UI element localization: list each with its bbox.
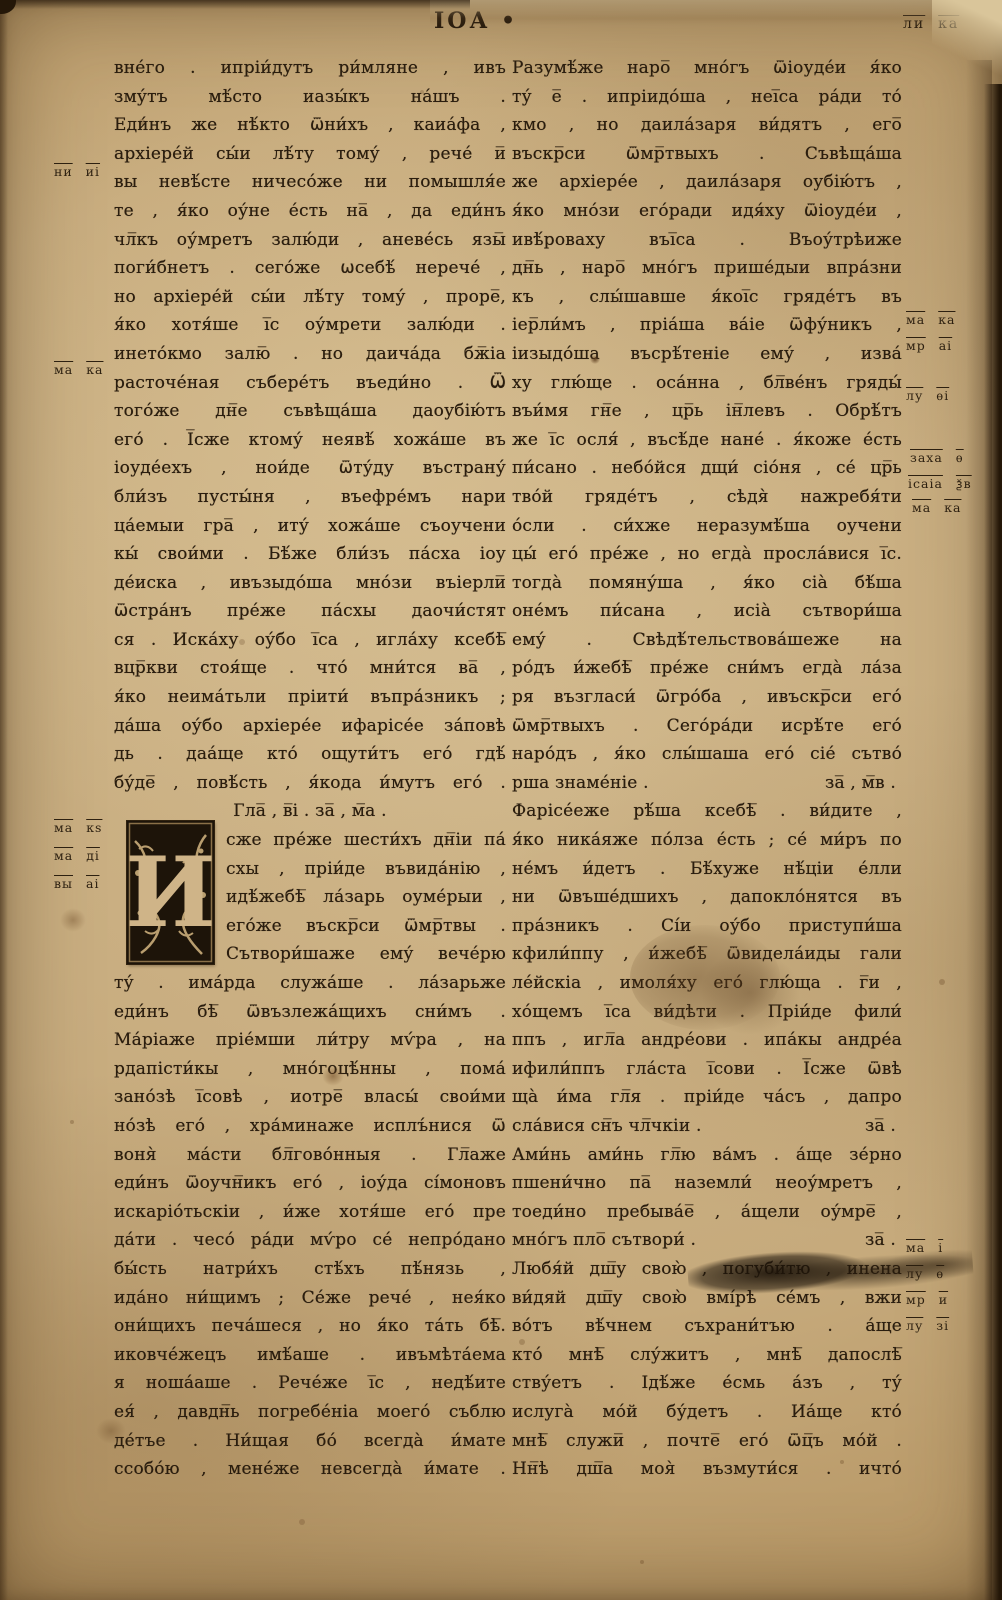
- adjacent-page-edge: [430, 0, 1002, 26]
- margin-reference: макѕ: [54, 820, 102, 835]
- text-line: инето́кмо залю̅ . но даича́да бж̅іа: [114, 340, 506, 369]
- text-line-left: сла́вися сн̅ъ чл̅чкіи .: [512, 1112, 702, 1141]
- text-line: ху глю́ще . оса́нна , бл̅ве́нъ гряды́: [512, 369, 902, 398]
- margin-ref-chapter: ѳ: [956, 450, 964, 465]
- text-line: мно́гъ пло̅ сътвори́ .за̅ .: [512, 1226, 902, 1255]
- margin-ref-chapter: і: [938, 1240, 943, 1255]
- margin-reference: маді: [54, 848, 100, 863]
- margin-reference: маі: [906, 1240, 943, 1255]
- margin-ref-chapter: кѕ: [86, 820, 102, 835]
- page-corner: [932, 0, 1002, 95]
- margin-ref-chapter: ка: [938, 312, 955, 327]
- text-line: вне́го . ипріи́дутъ ри́мляне , ивъ: [114, 54, 506, 83]
- left-edge-shadow: [0, 0, 8, 1600]
- margin-ref-chapter: аі: [86, 876, 99, 891]
- text-line: кфили́ппу , и́жебѣ̅ ѿвидела́иды гали: [512, 940, 902, 969]
- text-line: расточе́ная събере́тъ въеди́но . Ѿ: [114, 369, 506, 398]
- text-line: вы невѣ́сте ничесо́же ни помышля́е: [114, 168, 506, 197]
- text-line: ифили́ппъ гла́ста і̅сови . І̅сже ѿвѣ: [512, 1055, 902, 1084]
- text-line: пи́сано . небо́йся дщи́ сіо́ня , се́ цр̅…: [512, 454, 902, 483]
- margin-ref-chapter: иі: [86, 164, 100, 179]
- text-line: кто́ мнѣ̅ слу́житъ , мнѣ̅ дапослѣ̅: [512, 1341, 902, 1370]
- text-line: иковче́жецъ имѣ́аше . ивъмѣта́ема: [114, 1341, 506, 1370]
- margin-ref-chapter: ка: [86, 362, 103, 377]
- margin-reference: ісаіаѯв: [908, 476, 972, 491]
- margin-ref-chapter: ѳі: [936, 388, 949, 403]
- text-line: бы́сть натри́хъ стѣ́хъ пѣ́нязь ,: [114, 1255, 506, 1284]
- text-line: тогда̀ помяну́ша , я́ко сіа̀ бѣ́ша: [512, 569, 902, 598]
- text-line: не́мъ и́детъ . Бѣ́хуже нѣ́ціи е́лли: [512, 855, 902, 884]
- text-line: я́ко мно́зи его́ради идя́ху ѿіоуде́и ,: [512, 197, 902, 226]
- text-line: же і̅с осля́ , въсѣ́де нане́ . я́коже е́…: [512, 426, 902, 455]
- text-line: же архіере́е , даила́заря оубію́тъ ,: [512, 168, 902, 197]
- margin-ref-book: лу: [906, 1266, 923, 1281]
- text-line: Нн̅ѣ дш̅а моя̀ възмути́ся . ичто́: [512, 1455, 902, 1484]
- text-line: іоуде́ехъ , нои́де ѿту́ду въстрану́: [114, 454, 506, 483]
- margin-reference: выаі: [54, 876, 99, 891]
- text-line: Любя́й дш̅у свою̀ , погуби́тю , инена: [512, 1255, 902, 1284]
- text-line: цы́ его́ пре́же , но егда̀ просла́вися і…: [512, 540, 902, 569]
- margin-ref-book: вы: [54, 876, 73, 891]
- text-line: дн̅ь , наро̅ мно́гъ прише́дыи впра́зни: [512, 254, 902, 283]
- text-line: ро́дъ и́жебѣ̅ пре́же сни́мъ егда̀ ла́за: [512, 654, 902, 683]
- text-line: Разумѣ́же наро̅ мно́гъ ѿіоуде́и я́ко: [512, 54, 902, 83]
- text-line: ту́ . има́рда служа́ше . ла́зарьже: [114, 969, 506, 998]
- text-line: ѿмр̅твыхъ . Сего́ра́ди исрѣ́те его́: [512, 712, 902, 741]
- text-line: хо́щемъ і̅са ви́дѣти . Пріи́де фили́: [512, 998, 902, 1027]
- text-line: тоеди́но пребыва́е̅ , а́щели оу́мре̅ ,: [512, 1198, 902, 1227]
- text-line: дь . даа́ще кто́ ощути́тъ его́ гдѣ́: [114, 740, 506, 769]
- text-line: воня̀ ма́сти бл̅гово́нныя . Гл̅аже: [114, 1141, 506, 1170]
- text-line: ида́но ни́щимъ ; Се́же рече́ , нея́ко: [114, 1284, 506, 1313]
- text-line: еди́нъ ѿоучн̅икъ его́ , іоу́да сі́моновъ: [114, 1169, 506, 1198]
- margin-ref-book: ни: [54, 164, 73, 179]
- margin-ref-chapter: ѳ: [936, 1266, 944, 1281]
- text-line: вцр̅кви стоя́ще . что́ мни́тся ва̅ ,: [114, 654, 506, 683]
- margin-ref-book: ма: [906, 312, 925, 327]
- text-line: ни ѿвъше́дшихъ , дапокло́нятся въ: [512, 883, 902, 912]
- text-column-left: вне́го . ипріи́дутъ ри́мляне , ивъзму́тъ…: [114, 54, 506, 1484]
- text-line: Еди́нъ же нѣ́кто ѿни́хъ , каиа́фа ,: [114, 111, 506, 140]
- margin-reference: захаѳ: [910, 450, 964, 465]
- text-line: кы́ свои́ми . Бѣ́же бли́зъ па́сха іоу: [114, 540, 506, 569]
- text-line: бли́зъ пусты́ня , въефре́мъ нари: [114, 483, 506, 512]
- text-line: Ами́нь ами́нь гл̅ю ва́мъ . а́ще зе́рно: [512, 1141, 902, 1170]
- text-line: да́ша оу́бо архіере́е ифарісе́е за́повѣ: [114, 712, 506, 741]
- text-line-left: мно́гъ пло̅ сътвори́ .: [512, 1226, 696, 1255]
- text-line: сла́вися сн̅ъ чл̅чкіи .за̅ .: [512, 1112, 902, 1141]
- text-line: ппъ , игл̅а андре́ови . ипа́кы андре́а: [512, 1026, 902, 1055]
- margin-ref-book: мр: [906, 1292, 926, 1307]
- text-line: бу́де̅ , повѣ́сть , я́кода и́мутъ его́ .: [114, 769, 506, 798]
- text-line: ивѣ́роваху въі̅са . Въоу́трѣиже: [512, 226, 902, 255]
- text-line: ся . Иска́ху оу́бо і̅са , игла́ху ксебѣ̅: [114, 626, 506, 655]
- text-line: чл̅къ оу́мретъ залю́ди , аневе́сь язы̅: [114, 226, 506, 255]
- margin-ref-chapter: зі: [936, 1318, 949, 1333]
- text-line: но архіере́й сы́и лѣ́ту тому́ , проре̅,: [114, 283, 506, 312]
- text-line: но́зѣ его́ , хра́минаже исплъ́нися ѿ: [114, 1112, 506, 1141]
- text-line: архіере́й сы́и лѣ́ту тому́ , рече́ и̅: [114, 140, 506, 169]
- margin-ref-book: ма: [912, 500, 931, 515]
- margin-reference: мраі: [906, 338, 952, 353]
- text-line: оне́мъ пи́сана , исіа̀ сътвори́ша: [512, 597, 902, 626]
- text-line: іер̅ли́мъ , пріа́ша ва́іе ѿфу́никъ ,: [512, 311, 902, 340]
- text-line: кмо , но даила́заря ви́дятъ , его̅: [512, 111, 902, 140]
- text-line: те , я́ко оу́не е́сть на̅ , да еди́нъ: [114, 197, 506, 226]
- margin-ref-book: лу: [906, 1318, 923, 1333]
- text-line: о́сли . си́хже неразумѣ́ша оучени: [512, 512, 902, 541]
- text-line: де́иска , ивъзыдо́ша мно́зи въіерли̅: [114, 569, 506, 598]
- text-line: въи́мя гн̅е , цр̅ь ін̅левъ . Обрѣ́тъ: [512, 397, 902, 426]
- manuscript-page: ІОА • ли ка вне́го . ипріи́дутъ ри́мляне…: [0, 0, 1002, 1600]
- margin-ref-book: ма: [54, 820, 73, 835]
- text-line: рша знаме́ніе .за̅ , м̅в .: [512, 769, 902, 798]
- binding-edge: [984, 84, 1002, 1600]
- margin-ref-book: ісаіа: [908, 476, 943, 491]
- text-line: іизыдо́ша въсрѣ́теніе ему́ , изва́: [512, 340, 902, 369]
- text-line: де́тъе . Ни́щая бо́ всегда̀ и́мате: [114, 1427, 506, 1456]
- zachalo-marker: за̅ .: [865, 1226, 902, 1255]
- text-line: я́ко ника́яже по́лза е́сть ; се́ ми́ръ п…: [512, 826, 902, 855]
- margin-ref-book: ма: [54, 362, 73, 377]
- text-line: наро́дъ , я́ко слы́шаша его́ сіе́ сътво́: [512, 740, 902, 769]
- text-line: Фарісе́еже рѣ́ша ксебѣ̅ . ви́дите ,: [512, 797, 902, 826]
- text-line: ца́емыи гра̅ , иту́ хожа́ше съоучени: [114, 512, 506, 541]
- text-line: рдапісти́кы , мно́гоцѣ́нны , пома́: [114, 1055, 506, 1084]
- margin-ref-book: заха: [910, 450, 943, 465]
- margin-reference: мри: [906, 1292, 948, 1307]
- text-line: зму́тъ мѣ́сто иазы́къ на́шъ .: [114, 83, 506, 112]
- text-line: зано́зѣ і̅совѣ , иотре̅ власы́ свои́ми: [114, 1083, 506, 1112]
- text-line: мнѣ̅ служи̅ , почте̅ его́ ѿц̅ъ мо́й .: [512, 1427, 902, 1456]
- text-line: ща̀ и́ма гл̅я . пріи́де ча́съ , дапро: [512, 1083, 902, 1112]
- text-line: въскр̅си ѿмр̅твыхъ . Съвѣща́ша: [512, 140, 902, 169]
- text-line: они́щихъ печа́шеся , но я́ко та́ть бѣ̅.: [114, 1312, 506, 1341]
- text-column-right: Разумѣ́же наро̅ мно́гъ ѿіоуде́и я́коту́ …: [512, 54, 902, 1484]
- text-line: того́же дн̅е съвѣща́ша даоубію́тъ: [114, 397, 506, 426]
- top-edge-shadow: [0, 0, 470, 9]
- text-line: пра́зникъ . Сі́и оу́бо приступи́ша: [512, 912, 902, 941]
- paper-spot: [60, 908, 86, 932]
- text-line: Ма́ріаже пріе́мши ли́тру мѵ́ра , на: [114, 1026, 506, 1055]
- margin-ref-chapter: ка: [944, 500, 961, 515]
- margin-ref-chapter: и: [939, 1292, 948, 1307]
- text-line: я́ко хотя́ше і̅с оу́мрети залю́ди .: [114, 311, 506, 340]
- zachalo-marker: за̅ .: [865, 1112, 902, 1141]
- text-line: ислуга̀ мо́й бу́детъ . Иа́ще кто́: [512, 1398, 902, 1427]
- margin-ref-book: ма: [54, 848, 73, 863]
- margin-reference: мака: [54, 362, 103, 377]
- text-line-left: рша знаме́ніе .: [512, 769, 649, 798]
- text-line: ви́дяй дш̅у свою̀ вмі́рѣ се́мъ , вжи: [512, 1284, 902, 1313]
- ornate-initial-block: И: [127, 821, 214, 964]
- margin-reference: лузі: [906, 1318, 949, 1333]
- text-line: его́ . І̅сже ктому́ неявѣ́ хожа́ше въ: [114, 426, 506, 455]
- text-line: ря възгласи́ ѿгро́ба , ивъскр̅си его́: [512, 683, 902, 712]
- text-line: я́ко неима́тьли пріити́ въпра́зникъ ;: [114, 683, 506, 712]
- text-line: ству́етъ . Ідѣ́же е́смь а́зъ , ту́: [512, 1369, 902, 1398]
- dropcap-letter: И: [127, 821, 214, 964]
- text-line: я ноша́аше . Рече́же і̅с , недѣ́ите: [114, 1369, 506, 1398]
- text-line: ему́ . Свѣдѣ́тельствова́шеже на: [512, 626, 902, 655]
- zachalo-marker: за̅ , м̅в .: [825, 769, 902, 798]
- text-line: ея́ , давдн̅ь погребе́ніа моего́ съблю: [114, 1398, 506, 1427]
- text-line: да́ти . чесо́ ра́ди мѵ́ро се́ непро́дано: [114, 1226, 506, 1255]
- text-line: во́тъ вѣ́чнем съхрани́тъю . а́ще: [512, 1312, 902, 1341]
- text-line: ле́йскіа , имоля́ху его́ глю́ща . г̅и ,: [512, 969, 902, 998]
- text-line: къ , слы́шавше я́коі̅с гряде́тъ въ: [512, 283, 902, 312]
- margin-ref-book: ма: [906, 1240, 925, 1255]
- corner-speck: [0, 0, 16, 14]
- margin-ref-chapter: аі: [939, 338, 952, 353]
- margin-reference: луѳ: [906, 1266, 944, 1281]
- text-line: пшени́чно па̅ наземли́ неоу́мретъ ,: [512, 1169, 902, 1198]
- margin-reference: мака: [906, 312, 955, 327]
- margin-ref-chapter: ді: [86, 848, 100, 863]
- margin-ref-book: лу: [906, 388, 923, 403]
- margin-ref-book: мр: [906, 338, 926, 353]
- text-line: ту́ е̅ . ипріидо́ша , неі̅са ра́ди то́: [512, 83, 902, 112]
- text-line: искаріо́тьскіи , и́же хотя́ше его́ пре: [114, 1198, 506, 1227]
- margin-reference: нииі: [54, 164, 100, 179]
- margin-reference: луѳі: [906, 388, 949, 403]
- text-line: поги́бнетъ . сего́же ѡсебѣ́ нерече́ ,: [114, 254, 506, 283]
- text-line: тво́й гряде́тъ , сѣдя̀ нажребя́ти: [512, 483, 902, 512]
- text-line: ѿстра́нъ пре́же па́схы даочи́стят: [114, 597, 506, 626]
- margin-reference: мака: [912, 500, 961, 515]
- text-line: ссобо́ю , мене́же невсегда̀ и́мате .: [114, 1455, 506, 1484]
- text-line: еди́нъ бѣ̅ ѿвъзлежа́щихъ сни́мъ .: [114, 998, 506, 1027]
